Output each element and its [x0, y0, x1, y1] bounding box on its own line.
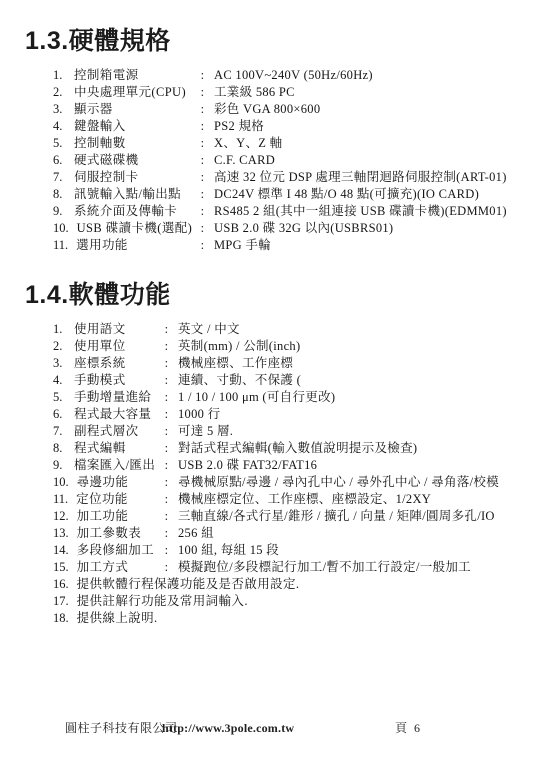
item-number: 3.	[53, 355, 66, 372]
item-value: PS2 規格	[214, 118, 264, 135]
item-colon: :	[199, 67, 206, 84]
spec-row-left: 10.尋邊功能	[53, 474, 163, 491]
spec-row-left: 3.座標系統	[53, 355, 163, 372]
item-number: 16.	[53, 576, 69, 593]
item-label: 中央處理單元(CPU)	[74, 84, 186, 101]
item-label: 提供線上說明.	[77, 610, 158, 627]
spec-row: 5.控制軸數:X、Y、Z 軸	[0, 135, 542, 152]
item-label: 手動模式	[74, 372, 126, 389]
item-value: USB 2.0 碟 32G 以內(USBRS01)	[214, 220, 393, 237]
item-colon: :	[163, 525, 170, 542]
spec-row-left: 11.選用功能	[53, 237, 199, 254]
item-number: 12.	[53, 508, 69, 525]
section-software-functions: 1.4.軟體功能 1.使用語文:英文 / 中文2.使用單位:英制(mm) / 公…	[0, 254, 542, 627]
item-colon: :	[163, 423, 170, 440]
item-colon: :	[163, 457, 170, 474]
spec-row-left: 13.加工參數表	[53, 525, 163, 542]
spec-row: 10.USB 碟讀卡機(選配):USB 2.0 碟 32G 以內(USBRS01…	[0, 220, 542, 237]
spec-row: 2.中央處理單元(CPU):工業級 586 PC	[0, 84, 542, 101]
footer-company-name: 圓柱子科技有限公司	[65, 720, 178, 736]
spec-row: 9.系統介面及傳輸卡:RS485 2 組(其中一組連接 USB 碟讀卡機)(ED…	[0, 203, 542, 220]
spec-row-left: 15.加工方式	[53, 559, 163, 576]
spec-row: 13.加工參數表:256 組	[0, 525, 542, 542]
item-label: 提供註解行功能及常用詞輸入.	[77, 593, 248, 610]
item-value: X、Y、Z 軸	[214, 135, 282, 152]
item-colon: :	[163, 508, 170, 525]
document-page: 1.3.硬體規格 1.控制箱電源:AC 100V~240V (50Hz/60Hz…	[0, 0, 542, 768]
item-number: 10.	[53, 474, 69, 491]
item-label: 定位功能	[76, 491, 128, 508]
spec-row: 7.伺服控制卡:高速 32 位元 DSP 處理三軸閉迴路伺服控制(ART-01)	[0, 169, 542, 186]
item-number: 2.	[53, 338, 66, 355]
item-label: 多段修細加工	[77, 542, 154, 559]
section-title-hardware: 1.3.硬體規格	[0, 26, 542, 56]
spec-row-left: 7.副程式層次	[53, 423, 163, 440]
item-value: RS485 2 組(其中一組連接 USB 碟讀卡機)(EDMM01)	[214, 203, 507, 220]
item-colon: :	[163, 559, 170, 576]
item-label: 訊號輸入點/輸出點	[74, 186, 181, 203]
item-colon: :	[199, 186, 206, 203]
item-number: 8.	[53, 186, 66, 203]
item-value: 彩色 VGA 800×600	[214, 101, 320, 118]
item-colon: :	[199, 152, 206, 169]
section-title-software: 1.4.軟體功能	[0, 280, 542, 310]
spec-row-left: 5.控制軸數	[53, 135, 199, 152]
item-number: 9.	[53, 457, 66, 474]
spec-row-left: 6.程式最大容量	[53, 406, 163, 423]
spec-row: 3.顯示器:彩色 VGA 800×600	[0, 101, 542, 118]
spec-row: 18.提供線上說明.	[0, 610, 542, 627]
spec-row-left: 9.系統介面及傳輸卡	[53, 203, 199, 220]
spec-row-left: 11.定位功能	[53, 491, 163, 508]
spec-row: 17.提供註解行功能及常用詞輸入.	[0, 593, 542, 610]
item-colon: :	[163, 355, 170, 372]
item-value: USB 2.0 碟 FAT32/FAT16	[178, 457, 317, 474]
item-colon: :	[199, 203, 206, 220]
page-footer: 圓柱子科技有限公司 http://www.3pole.com.tw 頁 6	[0, 720, 542, 736]
item-label: 顯示器	[74, 101, 113, 118]
item-colon: :	[199, 84, 206, 101]
item-number: 1.	[53, 321, 66, 338]
item-label: 控制箱電源	[74, 67, 139, 84]
spec-row-left: 10.USB 碟讀卡機(選配)	[53, 220, 199, 237]
item-label: 程式編輯	[74, 440, 126, 457]
item-number: 4.	[53, 372, 66, 389]
item-value: 尋機械原點/尋邊 / 尋內孔中心 / 尋外孔中心 / 尋角落/校模	[178, 474, 499, 491]
spec-row: 14.多段修細加工:100 組, 每組 15 段	[0, 542, 542, 559]
item-label: 加工參數表	[77, 525, 142, 542]
item-number: 11.	[53, 237, 68, 254]
item-number: 7.	[53, 169, 66, 186]
item-number: 6.	[53, 406, 66, 423]
spec-row: 12.加工功能:三軸直線/各式行星/錐形 / 擴孔 / 向量 / 矩陣/圓周多孔…	[0, 508, 542, 525]
spec-row-left: 1.使用語文	[53, 321, 163, 338]
item-value: 機械座標、工作座標	[178, 355, 293, 372]
item-value: 256 組	[178, 525, 214, 542]
item-value: 連續、寸動、不保護 (	[178, 372, 301, 389]
spec-row: 7.副程式層次:可達 5 層.	[0, 423, 542, 440]
spec-row-left: 9.檔案匯入/匯出	[53, 457, 163, 474]
spec-row-left: 8.訊號輸入點/輸出點	[53, 186, 199, 203]
item-number: 5.	[53, 389, 66, 406]
spec-row: 3.座標系統:機械座標、工作座標	[0, 355, 542, 372]
spec-row: 8.訊號輸入點/輸出點:DC24V 標準 I 48 點/O 48 點(可擴充)(…	[0, 186, 542, 203]
item-label: USB 碟讀卡機(選配)	[77, 220, 193, 237]
item-number: 17.	[53, 593, 69, 610]
item-number: 6.	[53, 152, 66, 169]
item-label: 副程式層次	[74, 423, 139, 440]
item-colon: :	[163, 474, 170, 491]
item-label: 使用語文	[74, 321, 126, 338]
item-colon: :	[163, 542, 170, 559]
item-value: 工業級 586 PC	[214, 84, 295, 101]
item-value: AC 100V~240V (50Hz/60Hz)	[214, 67, 373, 84]
spec-row-left: 4.手動模式	[53, 372, 163, 389]
item-number: 18.	[53, 610, 69, 627]
spec-row-left: 2.中央處理單元(CPU)	[53, 84, 199, 101]
item-label: 程式最大容量	[74, 406, 151, 423]
item-colon: :	[199, 169, 206, 186]
item-value: 1 / 10 / 100 μm (可自行更改)	[178, 389, 335, 406]
item-label: 控制軸數	[74, 135, 126, 152]
item-colon: :	[163, 338, 170, 355]
item-number: 14.	[53, 542, 69, 559]
item-number: 11.	[53, 491, 68, 508]
item-value: 1000 行	[178, 406, 220, 423]
spec-row-left: 17.提供註解行功能及常用詞輸入.	[53, 593, 248, 610]
item-label: 座標系統	[74, 355, 126, 372]
item-number: 3.	[53, 101, 66, 118]
item-number: 1.	[53, 67, 66, 84]
item-number: 5.	[53, 135, 66, 152]
spec-list-hardware: 1.控制箱電源:AC 100V~240V (50Hz/60Hz)2.中央處理單元…	[0, 67, 542, 254]
spec-row: 11.定位功能:機械座標定位、工作座標、座標設定、1/2XY	[0, 491, 542, 508]
spec-row: 11.選用功能:MPG 手輪	[0, 237, 542, 254]
item-number: 9.	[53, 203, 66, 220]
spec-row-left: 4.鍵盤輸入	[53, 118, 199, 135]
item-value: 高速 32 位元 DSP 處理三軸閉迴路伺服控制(ART-01)	[214, 169, 507, 186]
item-number: 10.	[53, 220, 69, 237]
item-number: 15.	[53, 559, 69, 576]
item-number: 8.	[53, 440, 66, 457]
item-colon: :	[199, 237, 206, 254]
spec-row-left: 16.提供軟體行程保護功能及是否啟用設定.	[53, 576, 299, 593]
spec-row-left: 5.手動增量進給	[53, 389, 163, 406]
item-label: 加工功能	[77, 508, 129, 525]
item-value: 模擬跑位/多段標記行加工/暫不加工行設定/一般加工	[178, 559, 471, 576]
spec-row: 8.程式編輯:對話式程式編輯(輸入數值說明提示及檢查)	[0, 440, 542, 457]
item-value: DC24V 標準 I 48 點/O 48 點(可擴充)(IO CARD)	[214, 186, 479, 203]
item-label: 選用功能	[76, 237, 128, 254]
footer-website-url: http://www.3pole.com.tw	[162, 720, 294, 736]
item-value: 對話式程式編輯(輸入數值說明提示及檢查)	[178, 440, 417, 457]
spec-row: 9.檔案匯入/匯出:USB 2.0 碟 FAT32/FAT16	[0, 457, 542, 474]
item-value: 可達 5 層.	[178, 423, 233, 440]
item-label: 加工方式	[77, 559, 129, 576]
item-label: 伺服控制卡	[74, 169, 139, 186]
item-label: 檔案匯入/匯出	[74, 457, 155, 474]
item-colon: :	[163, 491, 170, 508]
item-label: 系統介面及傳輸卡	[74, 203, 177, 220]
item-label: 尋邊功能	[77, 474, 129, 491]
spec-row: 1.使用語文:英文 / 中文	[0, 321, 542, 338]
spec-row-left: 14.多段修細加工	[53, 542, 163, 559]
spec-row: 6.程式最大容量:1000 行	[0, 406, 542, 423]
spec-row: 6.硬式磁碟機:C.F. CARD	[0, 152, 542, 169]
item-label: 硬式磁碟機	[74, 152, 139, 169]
item-value: 100 組, 每組 15 段	[178, 542, 279, 559]
spec-row: 10.尋邊功能:尋機械原點/尋邊 / 尋內孔中心 / 尋外孔中心 / 尋角落/校…	[0, 474, 542, 491]
spec-row: 1.控制箱電源:AC 100V~240V (50Hz/60Hz)	[0, 67, 542, 84]
item-colon: :	[163, 389, 170, 406]
section-hardware-specs: 1.3.硬體規格 1.控制箱電源:AC 100V~240V (50Hz/60Hz…	[0, 0, 542, 254]
spec-row: 4.鍵盤輸入:PS2 規格	[0, 118, 542, 135]
item-colon: :	[199, 135, 206, 152]
spec-row-left: 7.伺服控制卡	[53, 169, 199, 186]
spec-list-software: 1.使用語文:英文 / 中文2.使用單位:英制(mm) / 公制(inch)3.…	[0, 321, 542, 627]
spec-row-left: 1.控制箱電源	[53, 67, 199, 84]
spec-row: 16.提供軟體行程保護功能及是否啟用設定.	[0, 576, 542, 593]
spec-row: 15.加工方式:模擬跑位/多段標記行加工/暫不加工行設定/一般加工	[0, 559, 542, 576]
item-colon: :	[163, 440, 170, 457]
item-number: 7.	[53, 423, 66, 440]
item-label: 使用單位	[74, 338, 126, 355]
item-colon: :	[163, 321, 170, 338]
item-label: 鍵盤輸入	[74, 118, 126, 135]
item-number: 13.	[53, 525, 69, 542]
footer-page-number: 頁 6	[395, 720, 422, 736]
item-number: 2.	[53, 84, 66, 101]
item-colon: :	[199, 101, 206, 118]
item-colon: :	[163, 372, 170, 389]
item-value: 機械座標定位、工作座標、座標設定、1/2XY	[178, 491, 431, 508]
spec-row-left: 3.顯示器	[53, 101, 199, 118]
item-value: C.F. CARD	[214, 152, 275, 169]
spec-row-left: 8.程式編輯	[53, 440, 163, 457]
item-number: 4.	[53, 118, 66, 135]
item-colon: :	[163, 406, 170, 423]
item-label: 手動增量進給	[74, 389, 151, 406]
spec-row-left: 6.硬式磁碟機	[53, 152, 199, 169]
spec-row: 4.手動模式:連續、寸動、不保護 (	[0, 372, 542, 389]
item-value: 英文 / 中文	[178, 321, 240, 338]
spec-row-left: 12.加工功能	[53, 508, 163, 525]
item-value: 三軸直線/各式行星/錐形 / 擴孔 / 向量 / 矩陣/圓周多孔/IO	[178, 508, 495, 525]
item-label: 提供軟體行程保護功能及是否啟用設定.	[77, 576, 300, 593]
item-value: 英制(mm) / 公制(inch)	[178, 338, 300, 355]
item-colon: :	[199, 118, 206, 135]
spec-row-left: 2.使用單位	[53, 338, 163, 355]
spec-row: 2.使用單位:英制(mm) / 公制(inch)	[0, 338, 542, 355]
item-colon: :	[199, 220, 206, 237]
spec-row-left: 18.提供線上說明.	[53, 610, 158, 627]
item-value: MPG 手輪	[214, 237, 271, 254]
spec-row: 5.手動增量進給:1 / 10 / 100 μm (可自行更改)	[0, 389, 542, 406]
